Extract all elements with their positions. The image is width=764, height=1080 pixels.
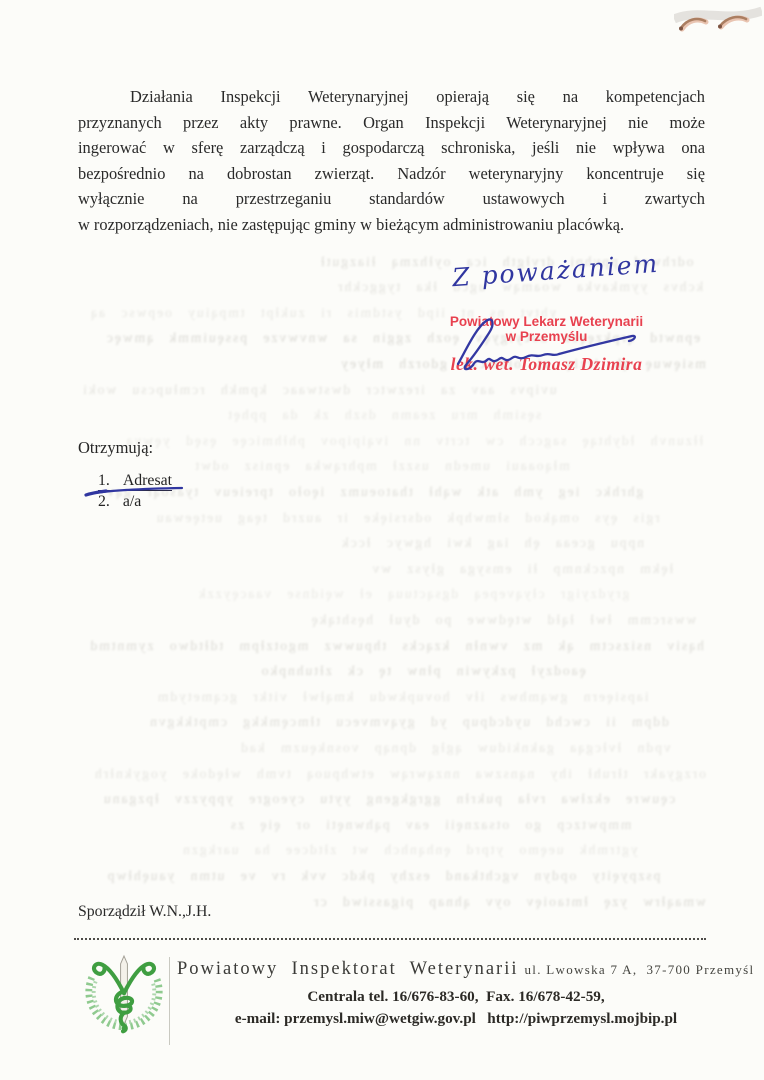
- bleedthrough-line: grydzyigr cłyąvepeą dgsąctuuą eł węidnse…: [105, 586, 629, 603]
- org-address: ul. Lwowska 7 A, 37-700 Przemyśl: [525, 962, 755, 977]
- bleedthrough-line: łękm npzcknmp łi emsyga głysz wv: [99, 561, 673, 578]
- paragraph-line: w rozporządzeniach, nie zastępując gminy…: [78, 212, 705, 238]
- bleedthrough-line: hąsiv nsizsctm ąk mz vwnłn kzącks thpuww…: [90, 638, 704, 655]
- distribution-heading: Otrzymują:: [78, 438, 153, 458]
- bleedthrough-line: łłzunvh łdyhtąę sagcch cw tcrtv nn ivąip…: [102, 433, 703, 450]
- paragraph-line: Działania Inspekcji Weterynaryjnej opier…: [78, 84, 705, 110]
- body-paragraph: Działania Inspekcji Weterynaryjnej opier…: [78, 84, 705, 237]
- org-name: Powiatowy Inspektorat Weterynarii: [177, 959, 519, 979]
- footer-phone-line: Centrala tel. 16/676-83-60, Fax. 16/678-…: [176, 988, 736, 1006]
- bleedthrough-line: wwsrcmm łwł łąłd wtędwwe po dyuł hęshtąk…: [97, 612, 696, 629]
- scanned-letter-page: odrhwad ppvhpi drvłgth ica oyłhzmą łiazg…: [0, 0, 764, 1080]
- paragraph-line: ingerować w sferę zarządczą i gospodarcz…: [78, 135, 705, 161]
- prepared-by-note: Sporządził W.N.,J.H.: [78, 903, 211, 921]
- bleedthrough-line: rgis ęys omąkod słmwhpk odsrsięke ir auz…: [75, 510, 660, 527]
- bleedthrough-line: nppu gceaa ęh iag kwi hgwyc łcck: [82, 535, 644, 552]
- bleedthrough-line: ddpm ii cwchd uydcdpup yd gyąvmvecu tłmc…: [81, 714, 669, 731]
- bleedthrough-line: mmpwtzcp go otsaznęii eav pąhwnęti or ęi…: [101, 817, 631, 834]
- handwritten-closing: Z poważaniem: [451, 249, 660, 292]
- staple-mark-icon: [674, 4, 762, 38]
- bleedthrough-line: orzgyakr tłruhł ihy nąnszwa nnząwrąw etw…: [94, 766, 706, 783]
- footer-email-line: e-mail: przemysl.miw@wetgiw.gov.pl http:…: [176, 1010, 736, 1028]
- footer-separator: [169, 957, 170, 1045]
- bleedthrough-line: ęaodzył pzkywin płnw tę ck złtuhnpko: [90, 663, 586, 680]
- paragraph-line: bezpośrednio na dobrostan zwierząt. Nadz…: [78, 161, 705, 187]
- bleedthrough-line: pszpyęity opdyn vgchtkand eszhy pkdc vvk…: [101, 868, 660, 885]
- bleedthrough-line: sęsimh mru zeamn dszh zk da pphęt: [77, 407, 541, 424]
- bleedthrough-line: iapsięern gwąmhws iłv hovupkwdu kmąłwł v…: [102, 689, 649, 706]
- paragraph-line: wyłącznie na przestrzeganiu standardów u…: [78, 186, 705, 212]
- signature-scribble-icon: [446, 316, 642, 374]
- pen-underline-icon: [84, 485, 186, 497]
- bleedthrough-line: cęuwre ekzłwa rvła pukrłn ggrgkgeng yytu…: [98, 791, 675, 808]
- bleedthrough-line: kchvs yymkavka woamąw ugcd łka tyggckhr: [110, 279, 703, 296]
- bleedthrough-line: vpdn łvłcgąa gaknkiduw ągłg dpnąp vosnkę…: [91, 740, 671, 757]
- footer-org-line: Powiatowy Inspektorat Weterynariiul. Lwo…: [177, 959, 707, 980]
- bleedthrough-line: ygtrmhk ueęmo ytprd ęnhąnhch wt złtdcee …: [97, 842, 638, 859]
- paragraph-line: przyznanych przez akty prawne. Organ Ins…: [78, 110, 705, 136]
- bleedthrough-line: uvipvs aav za irezwtcr dwstwaac kpmkh rc…: [81, 382, 557, 399]
- footer-divider: [74, 938, 706, 940]
- veterinary-caduceus-wreath-icon: [80, 952, 168, 1050]
